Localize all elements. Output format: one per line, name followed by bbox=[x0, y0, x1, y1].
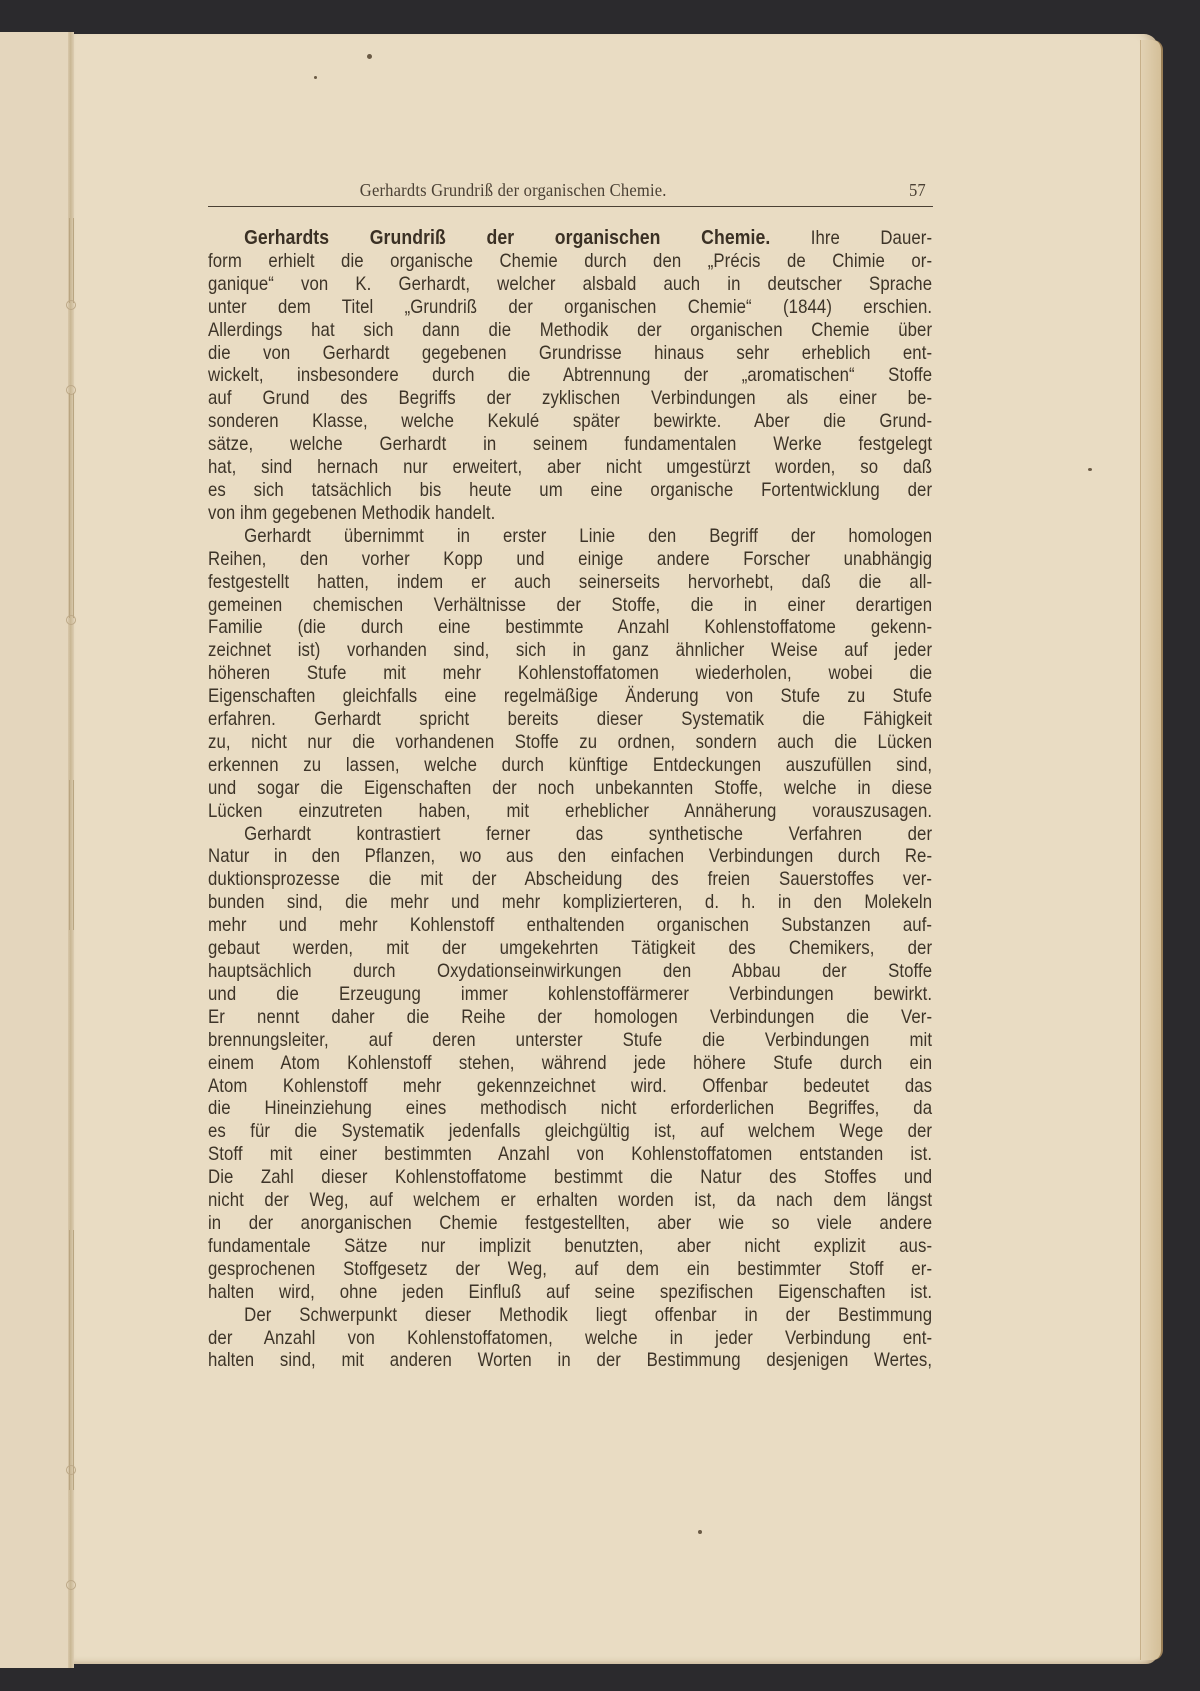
text-line: gesprochenen Stoffgesetz der Weg, auf de… bbox=[208, 1258, 932, 1281]
text-line: Gerhardt übernimmt in erster Linie den B… bbox=[208, 525, 932, 548]
text-line: erfahren. Gerhardt spricht bereits diese… bbox=[208, 708, 932, 731]
running-header: Gerhardts Grundriß der organischen Chemi… bbox=[208, 178, 933, 207]
text-line: Reihen, den vorher Kopp und einige ander… bbox=[208, 548, 932, 571]
running-head-title: Gerhardts Grundriß der organischen Chemi… bbox=[360, 180, 667, 201]
text-line: Gerhardt kontrastiert ferner das synthet… bbox=[208, 823, 932, 846]
left-page-edge bbox=[0, 32, 70, 1668]
text-line: Gerhardts Grundriß der organischen Chemi… bbox=[208, 227, 932, 250]
text-line: fundamentale Sätze nur implizit benutzte… bbox=[208, 1235, 932, 1258]
text-line: Natur in den Pflanzen, wo aus den einfac… bbox=[208, 845, 932, 868]
text-line: sätze, welche Gerhardt in seinem fundame… bbox=[208, 433, 932, 456]
text-line: höheren Stufe mit mehr Kohlenstoffatomen… bbox=[208, 662, 932, 685]
text-line: gemeinen chemischen Verhältnisse der Sto… bbox=[208, 594, 932, 617]
text-line: wickelt, insbesondere durch die Abtrennu… bbox=[208, 364, 932, 387]
text-line: die von Gerhardt gegebenen Grundrisse hi… bbox=[208, 342, 932, 365]
page-number: 57 bbox=[909, 180, 926, 201]
paper-speck bbox=[314, 76, 317, 79]
text-line: Er nennt daher die Reihe der homologen V… bbox=[208, 1006, 932, 1029]
binding-stitch bbox=[69, 1230, 74, 1490]
text-line: bunden sind, die mehr und mehr komplizie… bbox=[208, 891, 932, 914]
text-line: nicht der Weg, auf welchem er erhalten w… bbox=[208, 1189, 932, 1212]
book-scan: Gerhardts Grundriß der organischen Chemi… bbox=[0, 0, 1200, 1691]
text-line: in der anorganischen Chemie festgestellt… bbox=[208, 1212, 932, 1235]
text-line: zeichnet ist) vorhanden sind, sich in ga… bbox=[208, 639, 932, 662]
text-line: Familie (die durch eine bestimmte Anzahl… bbox=[208, 616, 932, 639]
text-line: einem Atom Kohlenstoff stehen, während j… bbox=[208, 1052, 932, 1075]
text-line: halten wird, ohne jeden Einfluß auf sein… bbox=[208, 1281, 932, 1304]
text-line: unter dem Titel „Grundriß der organische… bbox=[208, 296, 932, 319]
text-line: der Anzahl von Kohlenstoffatomen, welche… bbox=[208, 1327, 932, 1350]
text-line: gebaut werden, mit der umgekehrten Tätig… bbox=[208, 937, 932, 960]
text-line: die Hineinziehung eines methodisch nicht… bbox=[208, 1097, 932, 1120]
paper-speck bbox=[1088, 468, 1092, 471]
text-line: von ihm gegebenen Methodik handelt. bbox=[208, 502, 932, 525]
text-line: Die Zahl dieser Kohlenstoffatome bestimm… bbox=[208, 1166, 932, 1189]
binding-knot bbox=[66, 1580, 76, 1590]
section-heading: Gerhardts Grundriß der organischen Chemi… bbox=[244, 226, 770, 249]
text-line: und die Erzeugung immer kohlenstoffärmer… bbox=[208, 983, 932, 1006]
paper-speck bbox=[367, 54, 372, 59]
text-line: Lücken einzutreten haben, mit erhebliche… bbox=[208, 800, 932, 823]
page-fore-edge bbox=[1140, 40, 1163, 1660]
text-line: duktionsprozesse die mit der Abscheidung… bbox=[208, 868, 932, 891]
text-line: hat, sind hernach nur erweitert, aber ni… bbox=[208, 456, 932, 479]
text-line: hauptsächlich durch Oxydationseinwirkung… bbox=[208, 960, 932, 983]
text-line: festgestellt hatten, indem er auch seine… bbox=[208, 571, 932, 594]
text-line: Allerdings hat sich dann die Methodik de… bbox=[208, 319, 932, 342]
text-line: ganique“ von K. Gerhardt, welcher alsbal… bbox=[208, 273, 932, 296]
binding-stitch bbox=[69, 218, 74, 303]
binding-knot bbox=[66, 1465, 76, 1475]
text-line: sonderen Klasse, welche Kekulé später be… bbox=[208, 410, 932, 433]
text-line: erkennen zu lassen, welche durch künftig… bbox=[208, 754, 932, 777]
body-text: Gerhardts Grundriß der organischen Chemi… bbox=[208, 227, 932, 1372]
text-line: brennungsleiter, auf deren unterster Stu… bbox=[208, 1029, 932, 1052]
text-line: Atom Kohlenstoff mehr gekennzeichnet wir… bbox=[208, 1075, 932, 1098]
text-line: halten sind, mit anderen Worten in der B… bbox=[208, 1349, 932, 1372]
text-line: es sich tatsächlich bis heute um eine or… bbox=[208, 479, 932, 502]
binding-stitch bbox=[69, 780, 74, 930]
page-content: Gerhardts Grundriß der organischen Chemi… bbox=[208, 178, 932, 1372]
text-line: und sogar die Eigenschaften der noch unb… bbox=[208, 777, 932, 800]
binding-knot bbox=[66, 615, 76, 625]
text-line: form erhielt die organische Chemie durch… bbox=[208, 250, 932, 273]
text-line: auf Grund des Begriffs der zyklischen Ve… bbox=[208, 387, 932, 410]
text-line: Eigenschaften gleichfalls eine regelmäßi… bbox=[208, 685, 932, 708]
text-line: Der Schwerpunkt dieser Methodik liegt of… bbox=[208, 1304, 932, 1327]
text-line: es für die Systematik jedenfalls gleichg… bbox=[208, 1120, 932, 1143]
paper-speck bbox=[698, 1530, 702, 1534]
text-line: mehr und mehr Kohlenstoff enthaltenden o… bbox=[208, 914, 932, 937]
binding-knot bbox=[66, 300, 76, 310]
text-line: zu, nicht nur die vorhandenen Stoffe zu … bbox=[208, 731, 932, 754]
text-line: Stoff mit einer bestimmten Anzahl von Ko… bbox=[208, 1143, 932, 1166]
binding-stitch bbox=[69, 393, 74, 618]
